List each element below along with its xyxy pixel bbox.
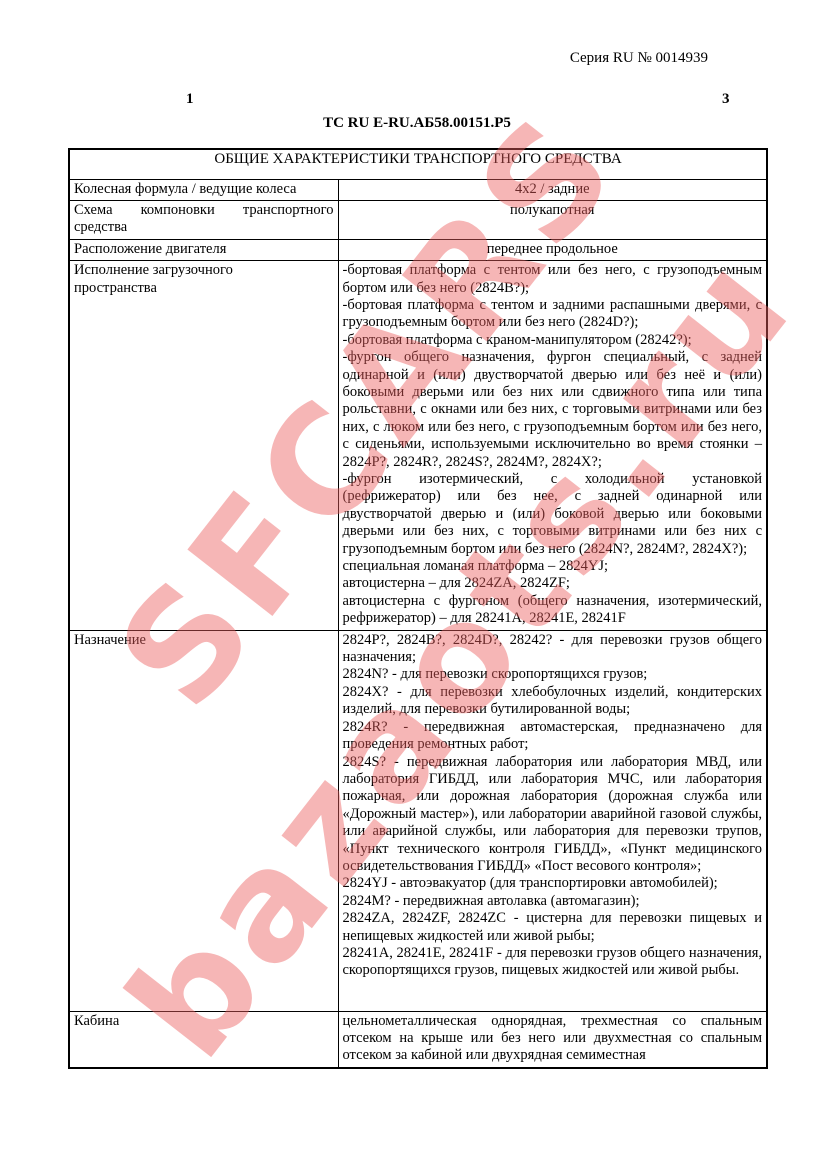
row-value: 4х2 / задние	[338, 179, 767, 200]
row-label: Расположение двигателя	[69, 239, 338, 260]
row-value: -бортовая платформа с тентом или без нег…	[338, 261, 767, 631]
document-number: ТС RU E-RU.АБ58.00151.Р5	[68, 115, 766, 132]
row-label: Исполнение загрузочного пространства	[69, 261, 338, 631]
series-number: Серия RU № 0014939	[0, 50, 708, 67]
value-paragraph: -бортовая платформа с тентом или без нег…	[343, 262, 763, 297]
document-page: Серия RU № 0014939 1 3 ТС RU E-RU.АБ58.0…	[0, 0, 827, 1170]
value-paragraph: 2824X? - для перевозки хлебобулочных изд…	[343, 684, 763, 719]
row-label: Назначение	[69, 630, 338, 1011]
value-paragraph: цельнометаллическая однорядная, трехмест…	[343, 1013, 763, 1065]
row-value: цельнометаллическая однорядная, трехмест…	[338, 1011, 767, 1068]
row-value: 2824P?, 2824B?, 2824D?, 28242? - для пер…	[338, 630, 767, 1011]
value-paragraph: 2824P?, 2824B?, 2824D?, 28242? - для пер…	[343, 632, 763, 667]
value-paragraph: 2824S? - передвижная лаборатория или лаб…	[343, 754, 763, 876]
row-label: Колесная формула / ведущие колеса	[69, 179, 338, 200]
value-paragraph: автоцистерна с фургоном (общего назначен…	[343, 593, 763, 628]
table-row-purpose: Назначение 2824P?, 2824B?, 2824D?, 28242…	[69, 630, 767, 1011]
value-paragraph: -фургон изотермический, с холодильной ус…	[343, 471, 763, 558]
value-paragraph: -бортовая платформа с краном-манипулятор…	[343, 332, 763, 349]
row-label: Кабина	[69, 1011, 338, 1068]
table-row-cargo-space: Исполнение загрузочного пространства -бо…	[69, 261, 767, 631]
table-row-wheel-formula: Колесная формула / ведущие колеса 4х2 / …	[69, 179, 767, 200]
value-paragraph: 2824R? - передвижная автомастерская, пре…	[343, 719, 763, 754]
table-row-cabin: Кабина цельнометаллическая однорядная, т…	[69, 1011, 767, 1068]
value-paragraph: -бортовая платформа с тентом и задними р…	[343, 297, 763, 332]
characteristics-table: ОБЩИЕ ХАРАКТЕРИСТИКИ ТРАНСПОРТНОГО СРЕДС…	[68, 148, 768, 1069]
table-row-layout-scheme: Схема компоновки транспортного средства …	[69, 200, 767, 239]
page-number-left: 1	[186, 91, 194, 108]
value-paragraph: 2824YJ - автоэвакуатор (для транспортиро…	[343, 875, 763, 892]
table-title: ОБЩИЕ ХАРАКТЕРИСТИКИ ТРАНСПОРТНОГО СРЕДС…	[69, 149, 767, 179]
page-number-right: 3	[722, 91, 730, 108]
table-header-row: ОБЩИЕ ХАРАКТЕРИСТИКИ ТРАНСПОРТНОГО СРЕДС…	[69, 149, 767, 179]
value-paragraph: автоцистерна – для 2824ZA, 2824ZF;	[343, 575, 763, 592]
row-value: переднее продольное	[338, 239, 767, 260]
value-paragraph: специальная ломаная платформа – 2824YJ;	[343, 558, 763, 575]
table-row-engine-location: Расположение двигателя переднее продольн…	[69, 239, 767, 260]
value-paragraph: 2824N? - для перевозки скоропортящихся г…	[343, 666, 763, 683]
row-label: Схема компоновки транспортного средства	[69, 200, 338, 239]
row-value: полукапотная	[338, 200, 767, 239]
value-paragraph: 2824M? - передвижная автолавка (автомага…	[343, 893, 763, 910]
value-paragraph: 2824ZA, 2824ZF, 2824ZC - цистерна для пе…	[343, 910, 763, 945]
value-paragraph: -фургон общего назначения, фургон специа…	[343, 349, 763, 471]
value-paragraph: 28241A, 28241E, 28241F - для перевозки г…	[343, 945, 763, 980]
